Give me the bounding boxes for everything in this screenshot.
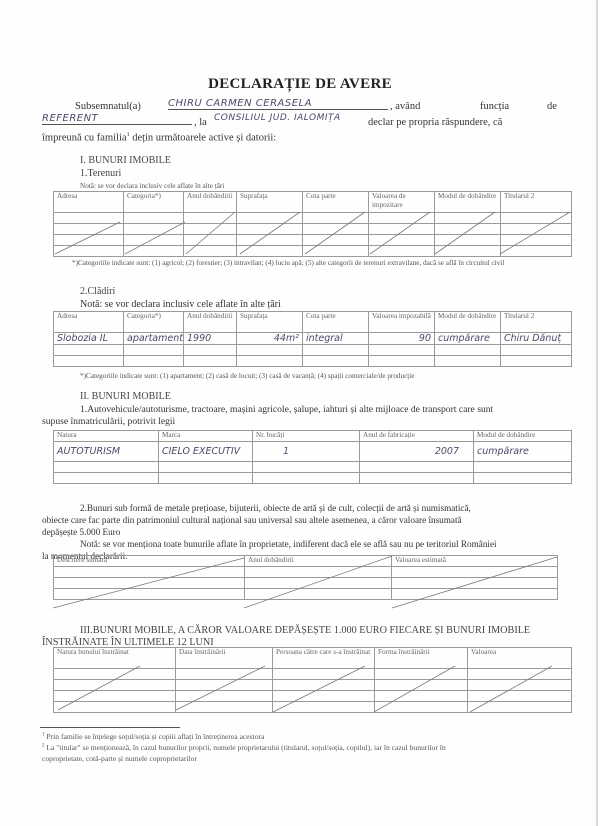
table-row [54,669,572,680]
terenuri-subheading: 1.Terenuri [80,168,121,179]
table-cell[interactable] [369,213,435,224]
table-cell[interactable] [369,345,435,356]
footnote-divider [40,727,180,728]
table-cell[interactable] [54,462,159,473]
cell-modul-dobandire[interactable]: cumpărare [474,442,572,462]
table-cell[interactable] [184,345,237,356]
cell-nr-bucati[interactable]: 1 [253,442,360,462]
table-cell[interactable] [54,235,124,246]
page-title: DECLARAȚIE DE AVERE [0,76,600,93]
intro-line3: împreună cu familia1 dețin următoarele a… [42,132,276,144]
table-cell[interactable] [159,473,253,484]
table-row [54,224,572,235]
table-cell[interactable] [501,224,572,235]
table-row: AUTOTURISM CIELO EXECUTIV 1 2007 cumpăra… [54,442,572,462]
table-cell[interactable] [176,669,273,680]
table-cell[interactable] [176,680,273,691]
section-3-heading-line1: III.BUNURI MOBILE, A CĂROR VALOARE DEPĂȘ… [80,625,530,636]
table-cell[interactable] [369,356,435,367]
table-cell[interactable] [124,235,184,246]
cell-anul[interactable]: 1990 [184,333,237,345]
table-row [54,356,572,367]
label-declar: declar pe propria răspundere, că [368,117,502,128]
label-subsemnatul: Subsemnatul(a) [75,101,141,112]
table-cell[interactable] [184,235,237,246]
table-cell[interactable] [369,224,435,235]
table-cell[interactable] [392,567,558,578]
cell-suprafata[interactable]: 44m² [237,333,303,345]
col-header: Cota parte [303,192,369,213]
table-cell[interactable] [303,246,369,257]
footnote-1-text: Prin familie se înțelege soțul/soția și … [45,732,265,741]
footnote-1: 1 Prin familie se înțelege soțul/soția ș… [42,732,264,741]
table-cell[interactable] [176,691,273,702]
table-row: Slobozia IL apartament 1990 44m² integra… [54,333,572,345]
table-header-row: Descriere sumară Anul dobândirii Valoare… [54,556,558,567]
table-cell[interactable] [54,345,124,356]
table-cell[interactable] [375,669,468,680]
col-header: Modul de dobândire [474,431,572,442]
footnote-2-text: La "titular" se menționează, în cazul bu… [45,743,446,752]
table-cell[interactable] [303,235,369,246]
col-header: Forma înstrăinării [375,648,468,669]
table-cell[interactable] [375,702,468,713]
col-header: Adresa [54,312,124,333]
table-cell[interactable] [184,246,237,257]
table-cell[interactable] [468,669,572,680]
table-cell[interactable] [54,224,124,235]
table-cell[interactable] [303,224,369,235]
table-cell[interactable] [237,213,303,224]
table-cell[interactable] [54,213,124,224]
cell-natura[interactable]: AUTOTURISM [54,442,159,462]
metale-note-line1: Notă: se vor menționa toate bunurile afl… [80,539,497,549]
col-header: Data înstrăinării [176,648,273,669]
col-header: Titularul 2 [501,192,572,213]
table-header-row: Natura bunului înstrăinat Data înstrăină… [54,648,572,669]
cell-cota-parte[interactable]: integral [303,333,369,345]
table-cell[interactable] [54,669,176,680]
table-cell[interactable] [245,567,392,578]
auto-text-line2: supuse înmatriculării, potrivit legii [42,416,175,427]
table-row [54,462,572,473]
terenuri-table: Adresa Categoria*) Anul dobândirii Supra… [53,191,572,257]
table-cell[interactable] [501,345,572,356]
cladiri-subheading: 2.Clădiri [80,286,115,297]
table-cell[interactable] [474,473,572,484]
cell-anul-fabricatie[interactable]: 2007 [360,442,474,462]
table-cell[interactable] [435,213,501,224]
col-header: Valoarea estimată [392,556,558,567]
terenuri-footnote-text: *)Categoriile indicate sunt: (1) agricol… [72,259,567,268]
col-header: Cota parte [303,312,369,333]
table-cell[interactable] [468,691,572,702]
footnote-2: 2 La "titular" se menționează, în cazul … [42,743,446,752]
table-cell[interactable] [468,702,572,713]
table-cell[interactable] [124,213,184,224]
table-cell[interactable] [237,345,303,356]
col-header: Anul dobândirii [184,192,237,213]
footnote-2-line2: coproprietate, cotă-parte și numele copr… [42,754,197,763]
col-header: Persoana către care s-a înstrăinat [273,648,375,669]
col-header: Titularul 2 [501,312,572,333]
table-header-row: Natura Marca Nr. bucăți Anul de fabricaț… [54,431,572,442]
label-functia: funcția [480,101,509,112]
section-2-heading: II. BUNURI MOBILE [80,391,171,402]
table-cell[interactable] [392,578,558,589]
table-cell[interactable] [176,702,273,713]
col-header: Modul de dobândire [435,192,501,213]
col-header: Nr. bucăți [253,431,360,442]
auto-text-line1: 1.Autovehicule/autoturisme, tractoare, m… [80,404,493,415]
label-avand: , având [390,101,420,112]
table-cell[interactable] [273,702,375,713]
function-field[interactable]: REFERENT [42,113,192,125]
table-cell[interactable] [435,356,501,367]
table-cell[interactable] [501,235,572,246]
col-header: Modul de dobândire [435,312,501,333]
col-header: Natura [54,431,159,442]
table-cell[interactable] [474,462,572,473]
table-cell[interactable] [253,473,360,484]
table-cell[interactable] [54,702,176,713]
col-header: Suprafața [237,312,303,333]
metale-text-line2: obiecte care fac parte din patrimoniul c… [42,515,462,525]
institution-field[interactable]: CONSILIUL JUD. IALOMIȚA [214,113,364,123]
table-cell[interactable] [124,356,184,367]
table-row [54,235,572,246]
table-header-row: Adresa Categoria*) Anul dobândirii Supra… [54,192,572,213]
table-cell[interactable] [435,224,501,235]
intro-line3-text: împreună cu familia [42,133,127,144]
table-row [54,702,572,713]
cell-adresa[interactable]: Slobozia IL [54,333,124,345]
table-cell[interactable] [237,246,303,257]
table-cell[interactable] [184,356,237,367]
terenuri-footnote: *)Categoriile indicate sunt: (1) agricol… [72,259,567,268]
table-row [54,246,572,257]
table-row [54,345,572,356]
cell-valoarea[interactable]: 90 [369,333,435,345]
section-1-heading: I. BUNURI IMOBILE [80,155,171,166]
table-cell[interactable] [360,473,474,484]
cladiri-note: Notă: se vor declara inclusiv cele aflat… [80,299,281,310]
cell-categoria[interactable]: apartament [124,333,184,345]
table-cell[interactable] [435,246,501,257]
cladiri-footnote: *)Categoriile indicate sunt: (1) apartam… [80,372,414,380]
col-header: Valoarea de impozitare [369,192,435,213]
table-cell[interactable] [375,691,468,702]
intro-line3-rest: dețin următoarele active și datorii: [130,133,277,144]
table-cell[interactable] [237,224,303,235]
cell-modul[interactable]: cumpărare [435,333,501,345]
table-cell[interactable] [468,680,572,691]
table-cell[interactable] [237,356,303,367]
table-cell[interactable] [237,235,303,246]
table-cell[interactable] [435,345,501,356]
label-la: , la [194,117,207,128]
table-cell[interactable] [54,473,159,484]
col-header: Descriere sumară [54,556,245,567]
table-cell[interactable] [501,246,572,257]
col-header: Adresa [54,192,124,213]
table-cell[interactable] [54,246,124,257]
col-header: Anul de fabricație [360,431,474,442]
metale-table: Descriere sumară Anul dobândirii Valoare… [53,555,558,600]
table-cell[interactable] [184,213,237,224]
table-cell[interactable] [369,246,435,257]
col-header: Marca [159,431,253,442]
table-cell[interactable] [273,680,375,691]
table-row [54,680,572,691]
table-cell[interactable] [54,356,124,367]
terenuri-note: Notă: se vor declara inclusiv cele aflat… [80,182,224,190]
table-cell[interactable] [253,462,360,473]
table-cell[interactable] [273,669,375,680]
declarant-name-field[interactable]: CHIRU CARMEN CERASELA [168,98,388,110]
table-row [54,691,572,702]
table-cell[interactable] [54,578,245,589]
label-de: de [547,101,557,112]
table-row [54,213,572,224]
table-cell[interactable] [360,462,474,473]
table-header-row: Adresa Categoria*) Anul dobândirii Supra… [54,312,572,333]
col-header: Valoarea impozabilă [369,312,435,333]
cell-titularul[interactable]: Chiru Dănuț [501,333,572,345]
table-row [54,473,572,484]
table-cell[interactable] [124,246,184,257]
table-cell[interactable] [369,235,435,246]
metale-text-line3: depășește 5.000 Euro [42,527,120,537]
instrainate-table: Natura bunului înstrăinat Data înstrăină… [53,647,572,713]
table-cell[interactable] [303,345,369,356]
cladiri-table: Adresa Categoria*) Anul dobândirii Supra… [53,311,572,367]
table-cell[interactable] [501,213,572,224]
col-header: Anul dobândirii [245,556,392,567]
table-cell[interactable] [501,356,572,367]
table-cell[interactable] [435,235,501,246]
col-header: Categoria*) [124,192,184,213]
table-row [54,578,558,589]
table-cell[interactable] [245,578,392,589]
metale-text-line1: 2.Bunuri sub formă de metale prețioase, … [80,503,471,513]
table-cell[interactable] [159,462,253,473]
table-cell[interactable] [303,356,369,367]
table-cell[interactable] [54,589,245,600]
col-header: Natura bunului înstrăinat [54,648,176,669]
table-cell[interactable] [54,567,245,578]
table-cell[interactable] [273,691,375,702]
table-cell[interactable] [375,680,468,691]
col-header: Categoria*) [124,312,184,333]
col-header: Suprafața [237,192,303,213]
table-cell[interactable] [245,589,392,600]
table-cell[interactable] [54,691,176,702]
table-row [54,589,558,600]
table-cell[interactable] [184,224,237,235]
col-header: Valoarea [468,648,572,669]
table-cell[interactable] [124,224,184,235]
col-header: Anul dobândirii [184,312,237,333]
autovehicule-table: Natura Marca Nr. bucăți Anul de fabricaț… [53,430,572,484]
cell-marca[interactable]: CIELO EXECUTIV [159,442,253,462]
table-row [54,567,558,578]
document-page: DECLARAȚIE DE AVERE Subsemnatul(a) CHIRU… [0,0,598,826]
table-cell[interactable] [303,213,369,224]
table-cell[interactable] [124,345,184,356]
table-cell[interactable] [54,680,176,691]
table-cell[interactable] [392,589,558,600]
